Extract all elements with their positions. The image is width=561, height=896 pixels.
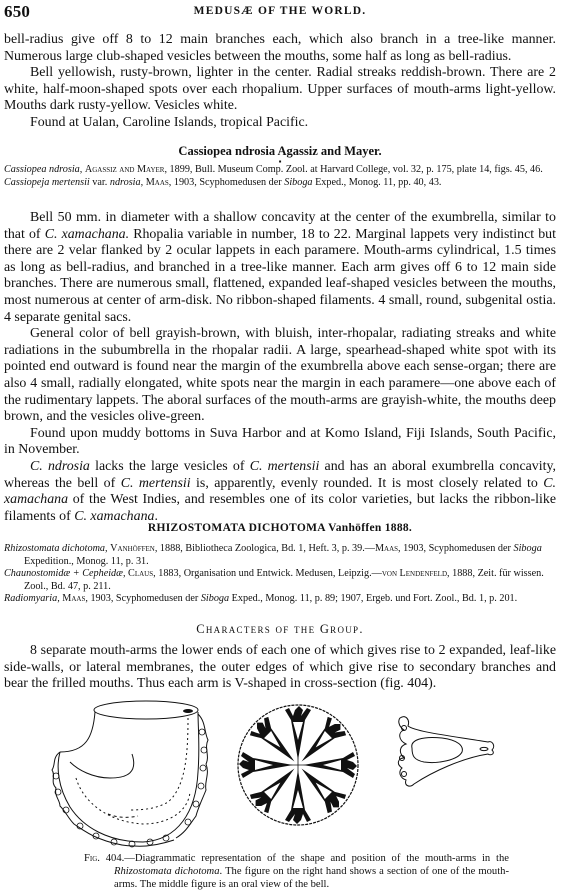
figure-label: Fig. 404. (84, 853, 124, 864)
reference: 1903, Scyphomedusen der (401, 543, 514, 554)
paragraph: C. ndrosia lacks the large vesicles of C… (4, 459, 556, 525)
mouth-arm-side-view-illustration (48, 692, 223, 852)
characters-text: 8 separate mouth-arms the lower ends of … (4, 643, 556, 693)
paragraph: Bell yellowish, rusty-brown, lighter in … (4, 65, 556, 115)
characters-header: Characters of the Group. (4, 622, 556, 637)
expedition-name: Siboga (513, 543, 541, 554)
taxon-name: ndrosia, (110, 177, 143, 188)
caption-text: —Diagrammatic representation of the shap… (124, 853, 509, 864)
reference: Exped., Monog. 11, p. 89; 1907, Ergeb. u… (229, 593, 517, 604)
taxon-name: C. mertensii (250, 459, 320, 474)
text: is, apparently, evenly rounded. It is mo… (191, 476, 544, 491)
running-head: 650 MEDUSÆ OF THE WORLD. (4, 2, 556, 22)
species-description: Bell 50 mm. in diameter with a shallow c… (4, 210, 556, 525)
reference: Expedition., Monog. 11, p. 31. (24, 556, 149, 567)
taxon-name: Rhizostomata dichotoma (114, 866, 220, 877)
characters-heading: Characters of the Group. (4, 622, 556, 637)
synonym-entry: Rhizostomata dichotoma, Vanhöffen, 1888,… (4, 543, 556, 568)
synonym-entry: Radiomyaria, Maas, 1903, Scyphomedusen d… (4, 593, 556, 606)
paragraph: 8 separate mouth-arms the lower ends of … (4, 643, 556, 693)
reference: Exped., Monog. 11, pp. 40, 43. (313, 177, 442, 188)
author: Maas, (146, 177, 172, 188)
author: von Lendenfeld, (382, 568, 450, 579)
group-heading: RHIZOSTOMATA DICHOTOMA Vanhöffen 1888. (4, 522, 556, 534)
reference: 1899, Bull. Museum Comp. Zool. at Harvar… (167, 164, 543, 175)
author: Maas, (62, 593, 88, 604)
text: lacks the large vesicles of (90, 459, 250, 474)
variety-label: var. (90, 177, 110, 188)
reference: 1883, Organisation und Entwick. Medusen,… (156, 568, 382, 579)
taxon-name: C. xamachana. (45, 227, 129, 242)
continuation-text: bell-radius give off 8 to 12 main branch… (4, 32, 556, 132)
species-synonymy: Cassiopea ndrosia, Agassiz and Mayer, 18… (4, 164, 556, 189)
author: Maas, (375, 543, 401, 554)
taxon-name: Rhizostomata dichotoma, (4, 543, 108, 554)
author: Vanhöffen, (110, 543, 157, 554)
synonym-entry: Cassiopea ndrosia, Agassiz and Mayer, 18… (4, 164, 556, 177)
taxon-name: Chaunostomidæ + Cepheidæ, (4, 568, 126, 579)
paragraph: bell-radius give off 8 to 12 main branch… (4, 32, 556, 65)
mouth-arm-cross-section-illustration (392, 712, 502, 792)
taxon-name: Cassiopeja mertensii (4, 177, 90, 188)
expedition-name: Siboga (284, 177, 312, 188)
bell-oral-view-illustration (233, 700, 363, 830)
running-title: MEDUSÆ OF THE WORLD. (4, 5, 556, 17)
paragraph: Bell 50 mm. in diameter with a shallow c… (4, 210, 556, 326)
figure-caption: Fig. 404.—Diagrammatic representation of… (84, 853, 509, 891)
paragraph: Found at Ualan, Caroline Islands, tropic… (4, 115, 556, 132)
synonym-entry: Chaunostomidæ + Cepheidæ, Claus, 1883, O… (4, 568, 556, 593)
group-section-header: RHIZOSTOMATA DICHOTOMA Vanhöffen 1888. (4, 522, 556, 534)
paragraph: General color of bell grayish-brown, wit… (4, 326, 556, 426)
species-section-header: Cassiopea ndrosia Agassiz and Mayer. ▪ (4, 144, 556, 165)
figure-404 (4, 690, 556, 850)
reference: 1903, Scyphomedusen der (88, 593, 201, 604)
synonym-entry: Cassiopeja mertensii var. ndrosia, Maas,… (4, 177, 556, 190)
expedition-name: Siboga (201, 593, 229, 604)
reference: 1903, Scyphomedusen der (171, 177, 284, 188)
taxon-name: Cassiopea ndrosia, (4, 164, 82, 175)
author: Claus, (128, 568, 156, 579)
author: Agassiz and Mayer, (85, 164, 167, 175)
reference: 1888, Bibliotheca Zoologica, Bd. 1, Heft… (157, 543, 375, 554)
taxon-name: C. ndrosia (30, 459, 90, 474)
taxon-name: C. mertensii (121, 476, 191, 491)
taxon-name: Radiomyaria, (4, 593, 60, 604)
group-synonymy: Rhizostomata dichotoma, Vanhöffen, 1888,… (4, 543, 556, 606)
paragraph: Found upon muddy bottoms in Suva Harbor … (4, 426, 556, 459)
